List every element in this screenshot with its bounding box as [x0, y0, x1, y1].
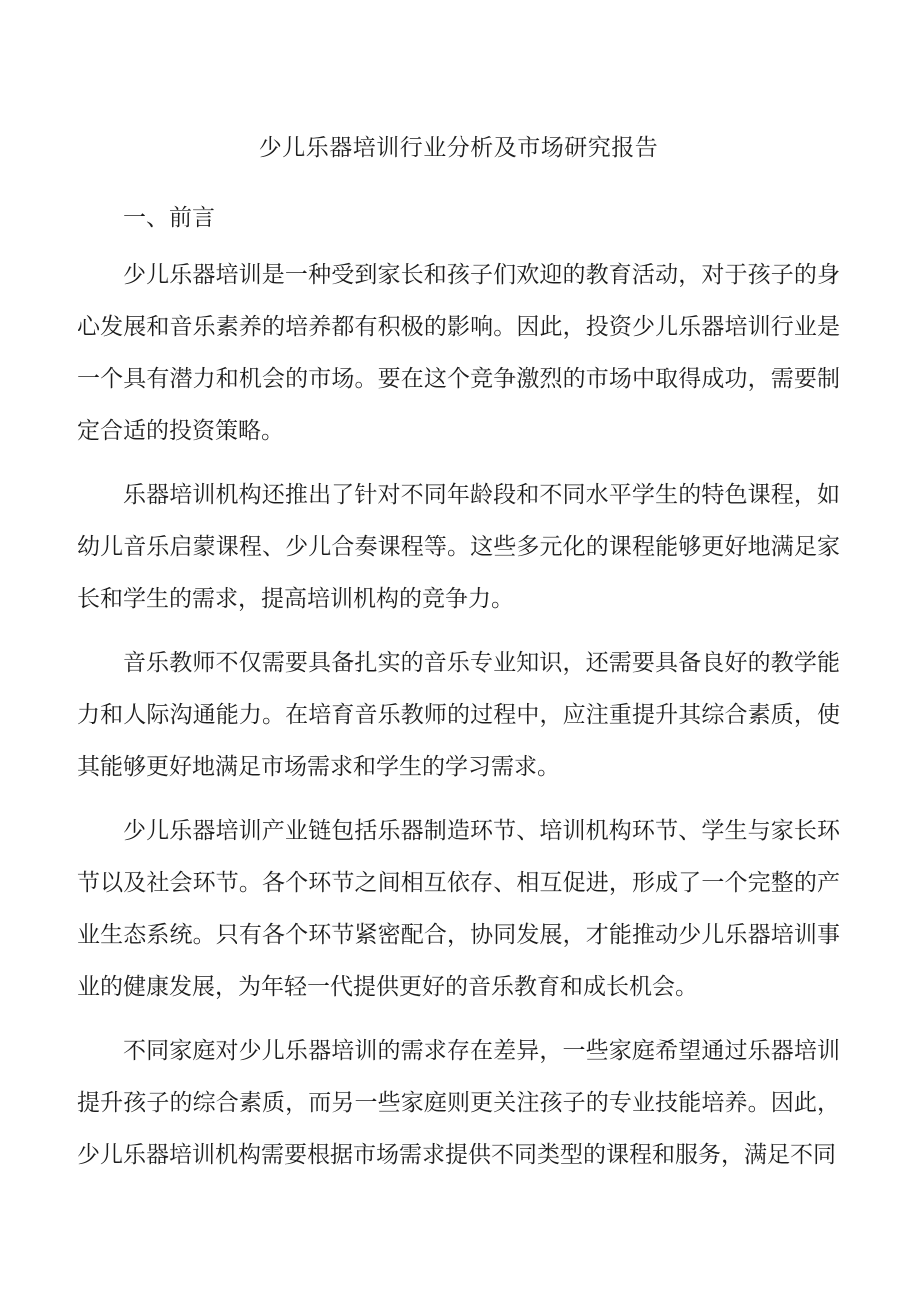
- paragraph: 少儿乐器培训是一种受到家长和孩子们欢迎的教育活动，对于孩子的身心发展和音乐素养的…: [77, 249, 840, 457]
- document-title: 少儿乐器培训行业分析及市场研究报告: [77, 122, 840, 174]
- paragraph: 音乐教师不仅需要具备扎实的音乐专业知识，还需要具备良好的教学能力和人际沟通能力。…: [77, 637, 840, 793]
- paragraph: 不同家庭对少儿乐器培训的需求存在差异，一些家庭希望通过乐器培训提升孩子的综合素质…: [77, 1025, 840, 1181]
- document-page: 少儿乐器培训行业分析及市场研究报告 一、前言 少儿乐器培训是一种受到家长和孩子们…: [0, 0, 920, 1301]
- paragraph: 乐器培训机构还推出了针对不同年龄段和不同水平学生的特色课程，如幼儿音乐启蒙课程、…: [77, 469, 840, 625]
- paragraph: 少儿乐器培训产业链包括乐器制造环节、培训机构环节、学生与家长环节以及社会环节。各…: [77, 805, 840, 1013]
- section-heading-preface: 一、前言: [77, 192, 840, 244]
